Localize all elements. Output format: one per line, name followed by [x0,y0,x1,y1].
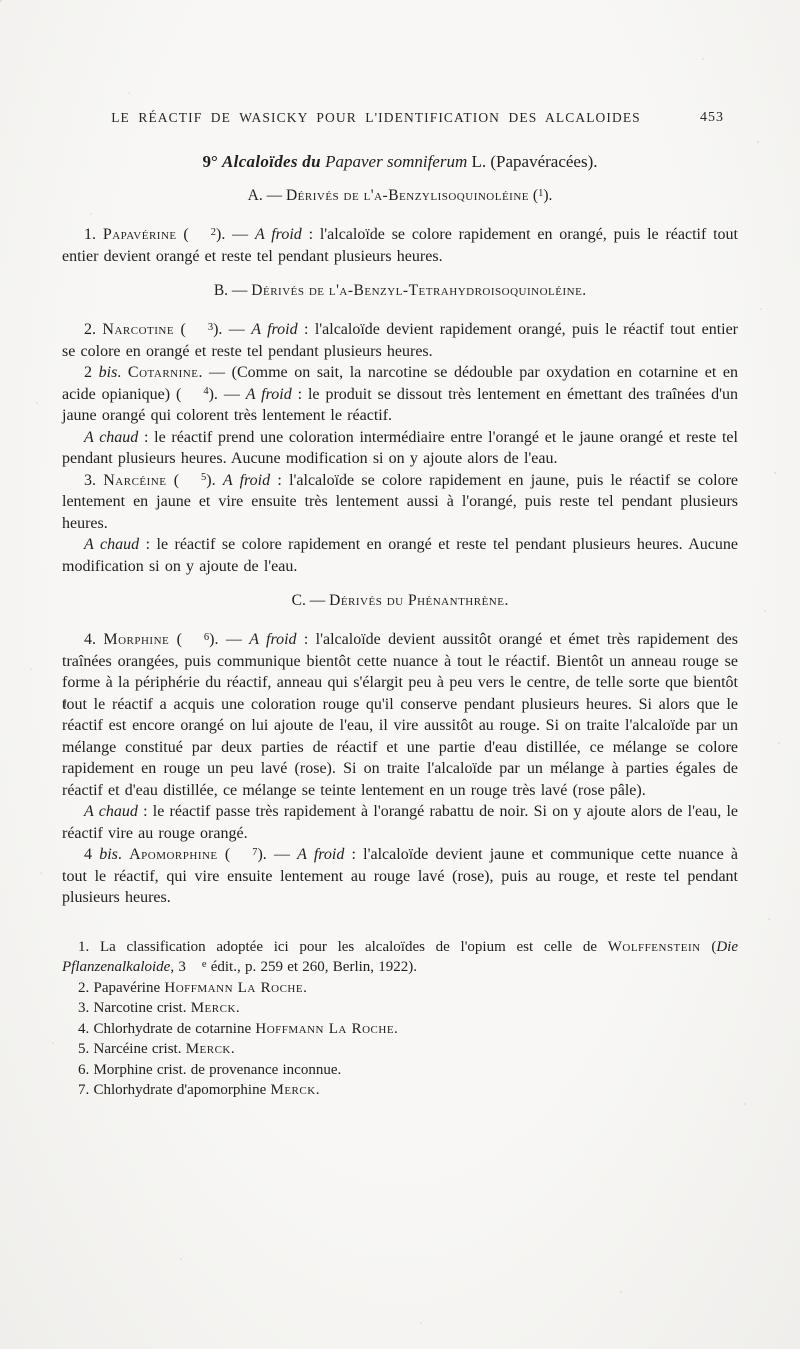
text-run: . [582,282,586,299]
text-run: : le réactif se colore rapidement en ora… [62,536,738,575]
running-title: LE RÉACTIF DE WASICKY POUR L'IDENTIFICAT… [111,110,641,126]
text-run: ). — [216,226,255,243]
text-run: 7. Chlorhydrate d'apomorphine [78,1082,271,1098]
text-run: 6. Morphine crist. de provenance inconnu… [78,1062,341,1078]
text-run: 4 [84,846,99,863]
body-paragraph: 2 bis. Cotarnine. — (Comme on sait, la n… [62,362,738,427]
text-run: . [504,592,508,609]
text-run: ). — [257,846,297,863]
italic-phrase: bis [99,364,118,381]
italic-phrase: A chaud [84,803,138,820]
text-run: . [118,846,129,863]
text-run: ( [218,846,231,863]
italic-phrase: A froid [246,386,292,403]
text-run: ). [543,187,552,204]
text-run: A. — [248,187,286,204]
text-run: . [303,980,307,996]
text-run: 2. Papavérine [78,980,164,996]
smallcaps-name: Morphine [103,631,169,648]
section-heading: C. — Dérivés du Phénanthrène. [62,592,738,610]
title-tail: L. (Papavéracées). [472,152,598,171]
text-run: ). — [209,386,246,403]
italic-phrase: A froid [249,631,296,648]
italic-phrase: A chaud [84,429,138,446]
text-run: . [236,1000,240,1016]
text-run: 4. [84,631,103,648]
smallcaps-name: Hoffmann La Roche [164,980,303,996]
footnote: 2. Papavérine Hoffmann La Roche. [62,978,738,999]
content-blocks: A. — Dérivés de l'α-Benzylisoquinoléine … [62,187,738,909]
text-run: : le réactif passe très rapidement à l'o… [62,803,738,842]
text-run: 3. [84,472,103,489]
smallcaps-name: Dérivés du Phénanthrène [329,592,504,609]
body-paragraph: 1. Papavérine (2). — A froid : l'alcaloï… [62,224,738,267]
text-run: ( [529,187,538,204]
smallcaps-name: Narcéine [103,472,166,489]
italic-phrase: A froid [223,472,270,489]
body-paragraph: 4. Morphine (6). — A froid : l'alcaloïde… [62,629,738,801]
section-title: 9° Alcaloïdes du Papaver somniferum L. (… [62,152,738,172]
smallcaps-name: Hoffmann La Roche [255,1021,394,1037]
text-run: 3. Narcotine crist. [78,1000,191,1016]
footnote: 3. Narcotine crist. Merck. [62,998,738,1019]
footnote: 7. Chlorhydrate d'apomorphine Merck. [62,1080,738,1101]
footnotes: 1. La classification adoptée ici pour le… [62,937,738,1101]
running-head: LE RÉACTIF DE WASICKY POUR L'IDENTIFICAT… [62,110,738,130]
italic-phrase: A froid [297,846,344,863]
smallcaps-name: Dérivés de l'α-Benzylisoquinoléine [286,187,529,204]
footnote: 6. Morphine crist. de provenance inconnu… [62,1060,738,1081]
text-column: LE RÉACTIF DE WASICKY POUR L'IDENTIFICAT… [62,0,738,1101]
body-paragraph: A chaud : le réactif se colore rapidemen… [62,534,738,577]
text-run: ). [206,472,223,489]
text-run: ). — [209,631,249,648]
body-paragraph: A chaud : le réactif prend une coloratio… [62,427,738,470]
body-paragraph: 3. Narcéine (5). A froid : l'alcaloïde s… [62,470,738,535]
smallcaps-name: Cotarnine [128,364,199,381]
smallcaps-name: Narcotine [102,321,174,338]
text-run: ( [177,226,189,243]
italic-phrase: bis [99,846,118,863]
text-run: . [316,1082,320,1098]
body-paragraph: 4 bis. Apomorphine (7). — A froid : l'al… [62,844,738,909]
title-number: 9° [202,152,217,171]
text-run: ). — [213,321,251,338]
body-paragraph: A chaud : le réactif passe très rapideme… [62,801,738,844]
scanned-page: LE RÉACTIF DE WASICKY POUR L'IDENTIFICAT… [0,0,800,1349]
italic-phrase: A chaud [84,536,139,553]
smallcaps-name: Apomorphine [129,846,218,863]
text-run: ( [166,472,179,489]
text-run: B. — [214,282,251,299]
text-run: 4. Chlorhydrate de cotarnine [78,1021,255,1037]
text-run: : le réactif prend une coloration interm… [62,429,738,468]
text-run: ( [169,631,182,648]
smallcaps-name: Dérivés de l'α-Benzyl-Tetrahydroisoquino… [251,282,582,299]
footnote: 5. Narcéine crist. Merck. [62,1039,738,1060]
text-run: , 3 [170,959,186,975]
smallcaps-name: Merck [271,1082,316,1098]
text-run: . [394,1021,398,1037]
footnote: 1. La classification adoptée ici pour le… [62,937,738,978]
section-heading: B. — Dérivés de l'α-Benzyl-Tetrahydroiso… [62,282,738,300]
smallcaps-name: Merck [186,1041,231,1057]
smallcaps-name: Papavérine [103,226,177,243]
body-paragraph: 2. Narcotine (3). — A froid : l'alcaloïd… [62,319,738,362]
page-number: 453 [700,110,724,126]
italic-phrase: A froid [255,226,302,243]
text-run: . [117,364,128,381]
text-run: ( [701,939,717,955]
text-run: 1. [84,226,103,243]
title-species: Papaver somniferum [325,152,467,171]
text-run: édit., p. 259 et 260, Berlin, 1922). [206,959,417,975]
title-lead: Alcaloïdes du [222,152,321,171]
section-heading: A. — Dérivés de l'α-Benzylisoquinoléine … [62,187,738,205]
text-run: ( [174,321,186,338]
smallcaps-name: Wolffenstein [608,939,701,955]
footnote: 4. Chlorhydrate de cotarnine Hoffmann La… [62,1019,738,1040]
text-run: . [231,1041,235,1057]
text-run: 5. Narcéine crist. [78,1041,186,1057]
text-run: 1. La classification adoptée ici pour le… [78,939,608,955]
text-run: C. — [292,592,329,609]
smallcaps-name: Merck [191,1000,236,1016]
italic-phrase: A froid [251,321,297,338]
text-run: : l'alcaloïde devient aussitôt orangé et… [62,631,738,799]
text-run: 2 [84,364,99,381]
text-run: 2. [84,321,102,338]
